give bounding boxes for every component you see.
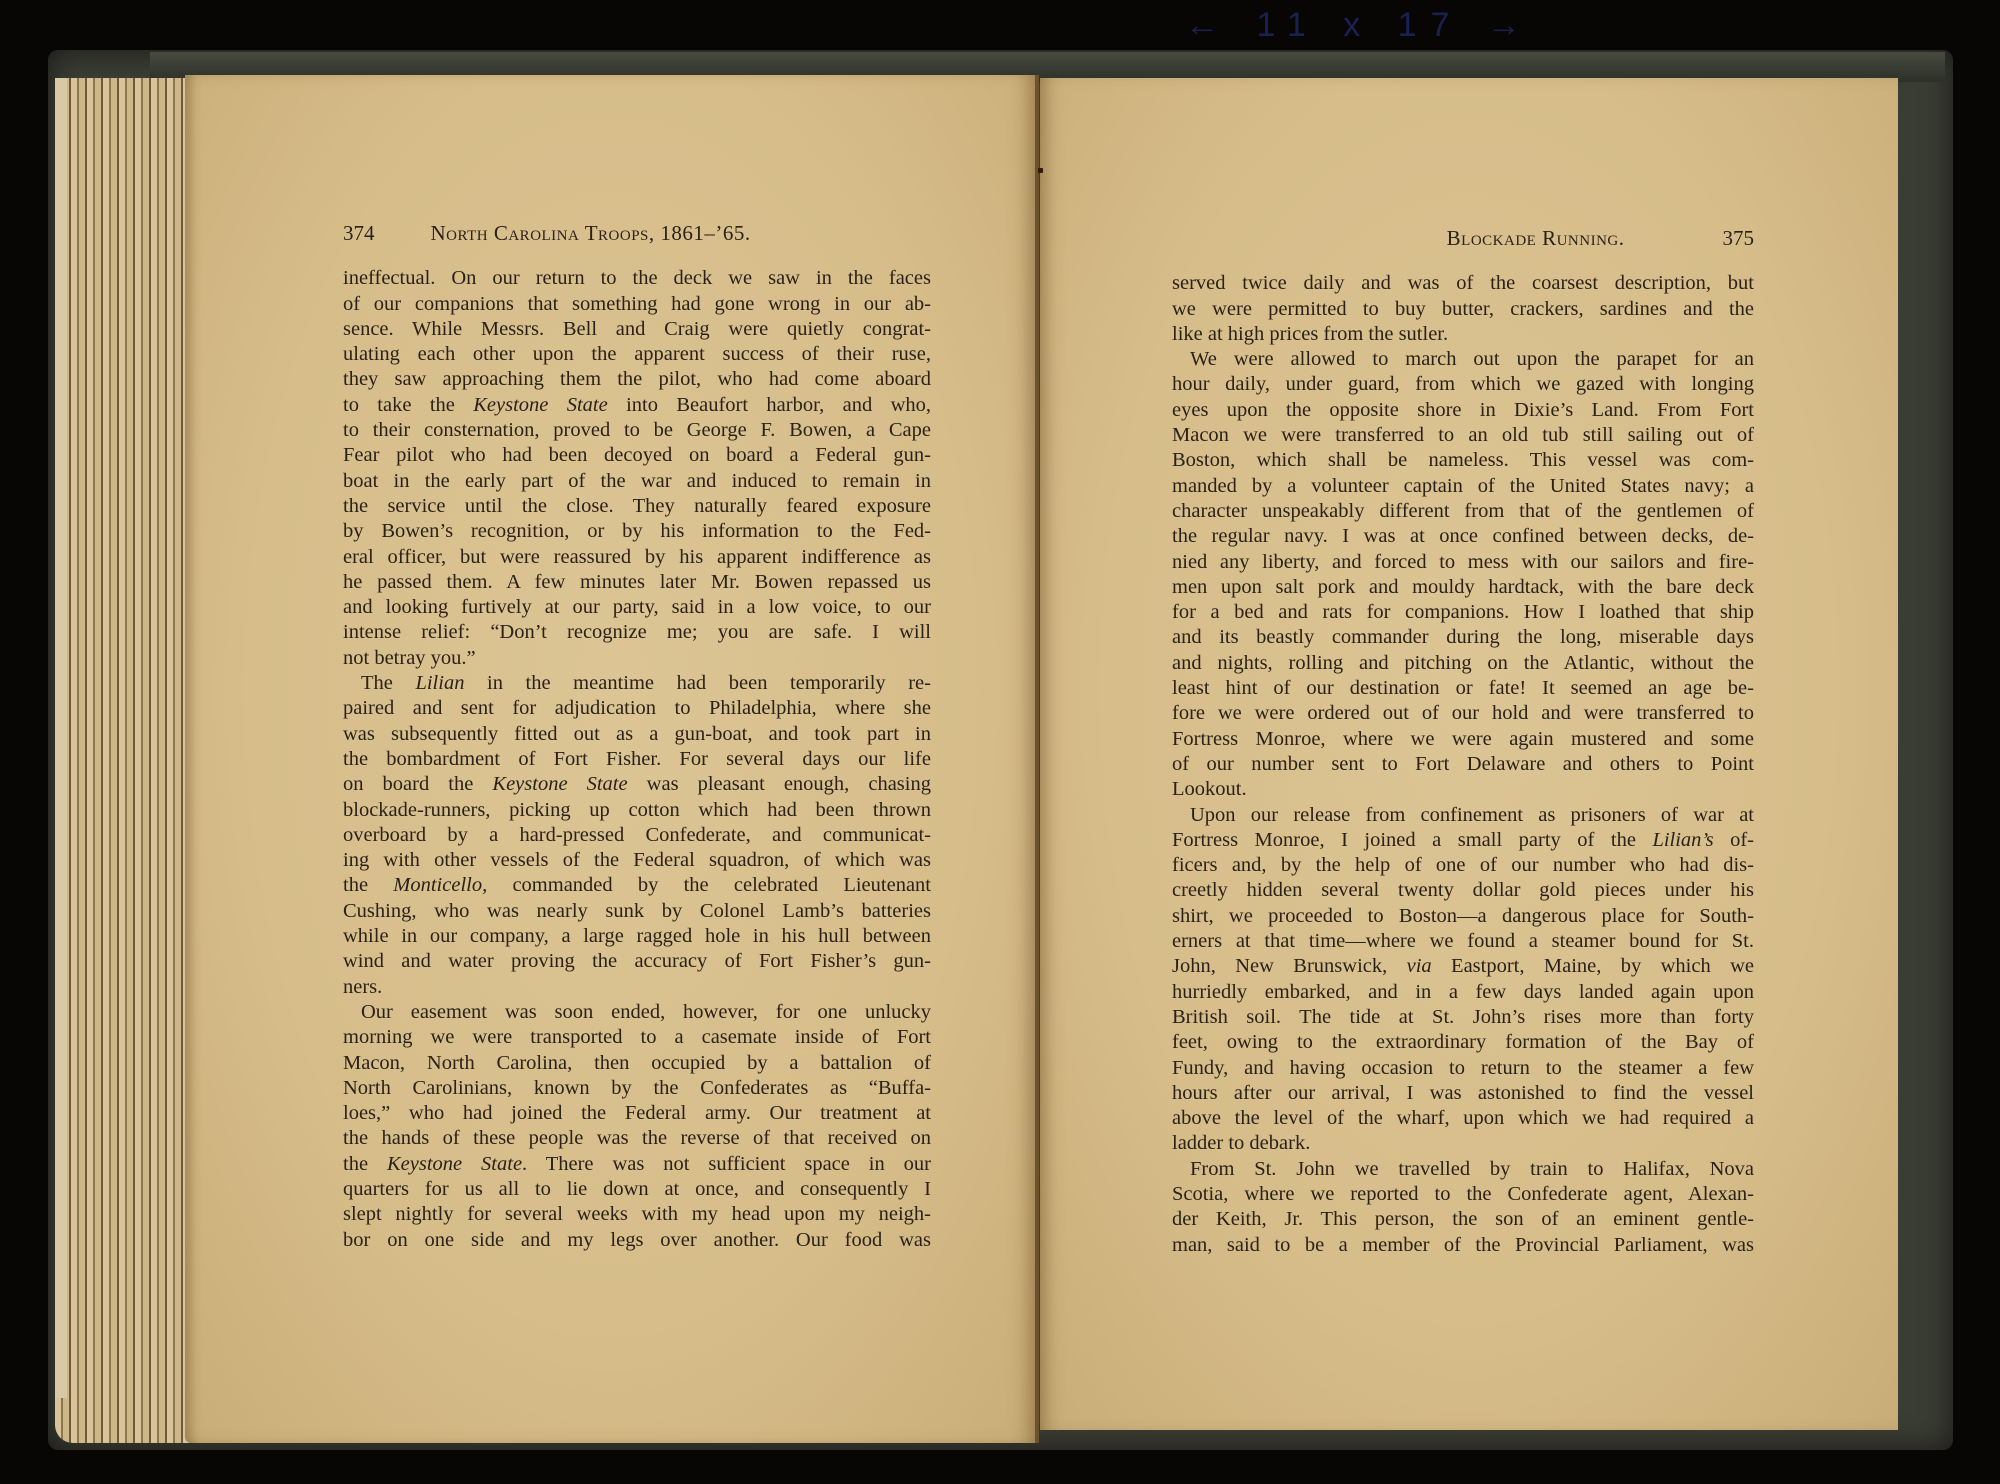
text-line: men upon salt pork and mouldy hardtack, … bbox=[1172, 575, 1754, 600]
text-line: Fortress Monroe, I joined a small party … bbox=[1172, 828, 1754, 853]
text-line: the regular navy. I was at once confined… bbox=[1172, 524, 1754, 549]
text-line: ing with other vessels of the Federal sq… bbox=[343, 848, 931, 873]
text-line: North Carolinians, known by the Confeder… bbox=[343, 1076, 931, 1101]
text-line: hour daily, under guard, from which we g… bbox=[1172, 372, 1754, 397]
text-line: British soil. The tide at St. John’s ris… bbox=[1172, 1005, 1754, 1030]
page-number: 374 bbox=[343, 221, 375, 246]
text-line: Boston, which shall be nameless. This ve… bbox=[1172, 448, 1754, 473]
text-line: least hint of our destination or fate! I… bbox=[1172, 676, 1754, 701]
text-line: Macon we were transferred to an old tub … bbox=[1172, 423, 1754, 448]
running-title: Blockade Running. bbox=[1172, 226, 1625, 251]
text-line: on board the Keystone State was pleasant… bbox=[343, 772, 931, 797]
text-line: John, New Brunswick, via Eastport, Maine… bbox=[1172, 954, 1754, 979]
text-line: by Bowen’s recognition, or by his inform… bbox=[343, 519, 931, 544]
text-line: quarters for us all to lie down at once,… bbox=[343, 1177, 931, 1202]
text-line: ners. bbox=[343, 975, 931, 1000]
text-line: to their consternation, proved to be Geo… bbox=[343, 418, 931, 443]
text-line: Scotia, where we reported to the Confede… bbox=[1172, 1182, 1754, 1207]
text-line: eyes upon the opposite shore in Dixie’s … bbox=[1172, 398, 1754, 423]
text-line: The Lilian in the meantime had been temp… bbox=[343, 671, 931, 696]
text-line: Our easement was soon ended, however, fo… bbox=[343, 1000, 931, 1025]
text-line: the bombardment of Fort Fisher. For seve… bbox=[343, 747, 931, 772]
right-body: served twice daily and was of the coarse… bbox=[1172, 271, 1754, 1258]
text-line: was subsequently fitted out as a gun-boa… bbox=[343, 722, 931, 747]
text-line: intense relief: “Don’t recognize me; you… bbox=[343, 620, 931, 645]
gutter-speck bbox=[1038, 168, 1043, 173]
text-line: ladder to debark. bbox=[1172, 1131, 1754, 1156]
right-page-text: Blockade Running. 375 served twice daily… bbox=[1172, 226, 1754, 1258]
text-line: above the level of the wharf, upon which… bbox=[1172, 1106, 1754, 1131]
text-line: fore we were ordered out of our hold and… bbox=[1172, 701, 1754, 726]
text-line: wind and water proving the accuracy of F… bbox=[343, 949, 931, 974]
text-line: the Monticello, commanded by the celebra… bbox=[343, 873, 931, 898]
text-line: nied any liberty, and forced to mess wit… bbox=[1172, 550, 1754, 575]
text-line: loes,” who had joined the Federal army. … bbox=[343, 1101, 931, 1126]
text-line: and looking furtively at our party, said… bbox=[343, 595, 931, 620]
text-line: blockade-runners, picking up cotton whic… bbox=[343, 798, 931, 823]
text-line: Fortress Monroe, where we were again mus… bbox=[1172, 727, 1754, 752]
text-line: ulating each other upon the apparent suc… bbox=[343, 342, 931, 367]
measure-label: ← 11 x 17 → bbox=[1185, 6, 1535, 45]
text-line: boat in the early part of the war and in… bbox=[343, 469, 931, 494]
text-line: We were allowed to march out upon the pa… bbox=[1172, 347, 1754, 372]
text-line: slept nightly for several weeks with my … bbox=[343, 1202, 931, 1227]
page-number: 375 bbox=[1723, 226, 1755, 251]
text-line: and nights, rolling and pitching on the … bbox=[1172, 651, 1754, 676]
text-line: not betray you.” bbox=[343, 646, 931, 671]
text-line: morning we were transported to a casemat… bbox=[343, 1025, 931, 1050]
text-line: Upon our release from confinement as pri… bbox=[1172, 803, 1754, 828]
text-line: man, said to be a member of the Provinci… bbox=[1172, 1233, 1754, 1258]
text-line: overboard by a hard-pressed Confederate,… bbox=[343, 823, 931, 848]
text-line: to take the Keystone State into Beaufort… bbox=[343, 393, 931, 418]
text-line: feet, owing to the extraordinary formati… bbox=[1172, 1030, 1754, 1055]
running-title: North Carolina Troops, 1861–’65. bbox=[431, 221, 932, 246]
text-line: paired and sent for adjudication to Phil… bbox=[343, 696, 931, 721]
text-line: he passed them. A few minutes later Mr. … bbox=[343, 570, 931, 595]
text-line: they saw approaching them the pilot, who… bbox=[343, 367, 931, 392]
text-line: ficers and, by the help of one of our nu… bbox=[1172, 853, 1754, 878]
text-line: Cushing, who was nearly sunk by Colonel … bbox=[343, 899, 931, 924]
text-line: Fear pilot who had been decoyed on board… bbox=[343, 443, 931, 468]
text-line: hurriedly embarked, and in a few days la… bbox=[1172, 980, 1754, 1005]
text-line: ineffectual. On our return to the deck w… bbox=[343, 266, 931, 291]
text-line: the Keystone State. There was not suffic… bbox=[343, 1152, 931, 1177]
text-line: of our number sent to Fort Delaware and … bbox=[1172, 752, 1754, 777]
text-line: of our companions that something had gon… bbox=[343, 292, 931, 317]
text-line: we were permitted to buy butter, cracker… bbox=[1172, 297, 1754, 322]
text-line: creetly hidden several twenty dollar gol… bbox=[1172, 878, 1754, 903]
text-line: served twice daily and was of the coarse… bbox=[1172, 271, 1754, 296]
text-line: sence. While Messrs. Bell and Craig were… bbox=[343, 317, 931, 342]
text-line: eral officer, but were reassured by his … bbox=[343, 545, 931, 570]
page-stack-edges bbox=[55, 78, 190, 1443]
text-line: erners at that time—where we found a ste… bbox=[1172, 929, 1754, 954]
text-line: while in our company, a large ragged hol… bbox=[343, 924, 931, 949]
text-line: shirt, we proceeded to Boston—a dangerou… bbox=[1172, 904, 1754, 929]
right-running-head: Blockade Running. 375 bbox=[1172, 226, 1754, 251]
text-line: for a bed and rats for companions. How I… bbox=[1172, 600, 1754, 625]
left-body: ineffectual. On our return to the deck w… bbox=[343, 266, 931, 1253]
text-line: the service until the close. They natura… bbox=[343, 494, 931, 519]
book-gutter bbox=[1035, 75, 1039, 1443]
text-line: Macon, North Carolina, then occupied by … bbox=[343, 1051, 931, 1076]
text-line: and its beastly commander during the lon… bbox=[1172, 625, 1754, 650]
left-running-head: 374 North Carolina Troops, 1861–’65. bbox=[343, 221, 931, 246]
page-stack-outer-edge bbox=[55, 78, 67, 1398]
text-line: Lookout. bbox=[1172, 777, 1754, 802]
text-line: Fundy, and having occasion to return to … bbox=[1172, 1056, 1754, 1081]
text-line: hours after our arrival, I was astonishe… bbox=[1172, 1081, 1754, 1106]
text-line: manded by a volunteer captain of the Uni… bbox=[1172, 474, 1754, 499]
text-line: der Keith, Jr. This person, the son of a… bbox=[1172, 1207, 1754, 1232]
left-page-text: 374 North Carolina Troops, 1861–’65. ine… bbox=[343, 221, 931, 1253]
text-line: From St. John we travelled by train to H… bbox=[1172, 1157, 1754, 1182]
text-line: the hands of these people was the revers… bbox=[343, 1126, 931, 1151]
text-line: character unspeakably different from tha… bbox=[1172, 499, 1754, 524]
text-line: bor on one side and my legs over another… bbox=[343, 1228, 931, 1253]
text-line: like at high prices from the sutler. bbox=[1172, 322, 1754, 347]
